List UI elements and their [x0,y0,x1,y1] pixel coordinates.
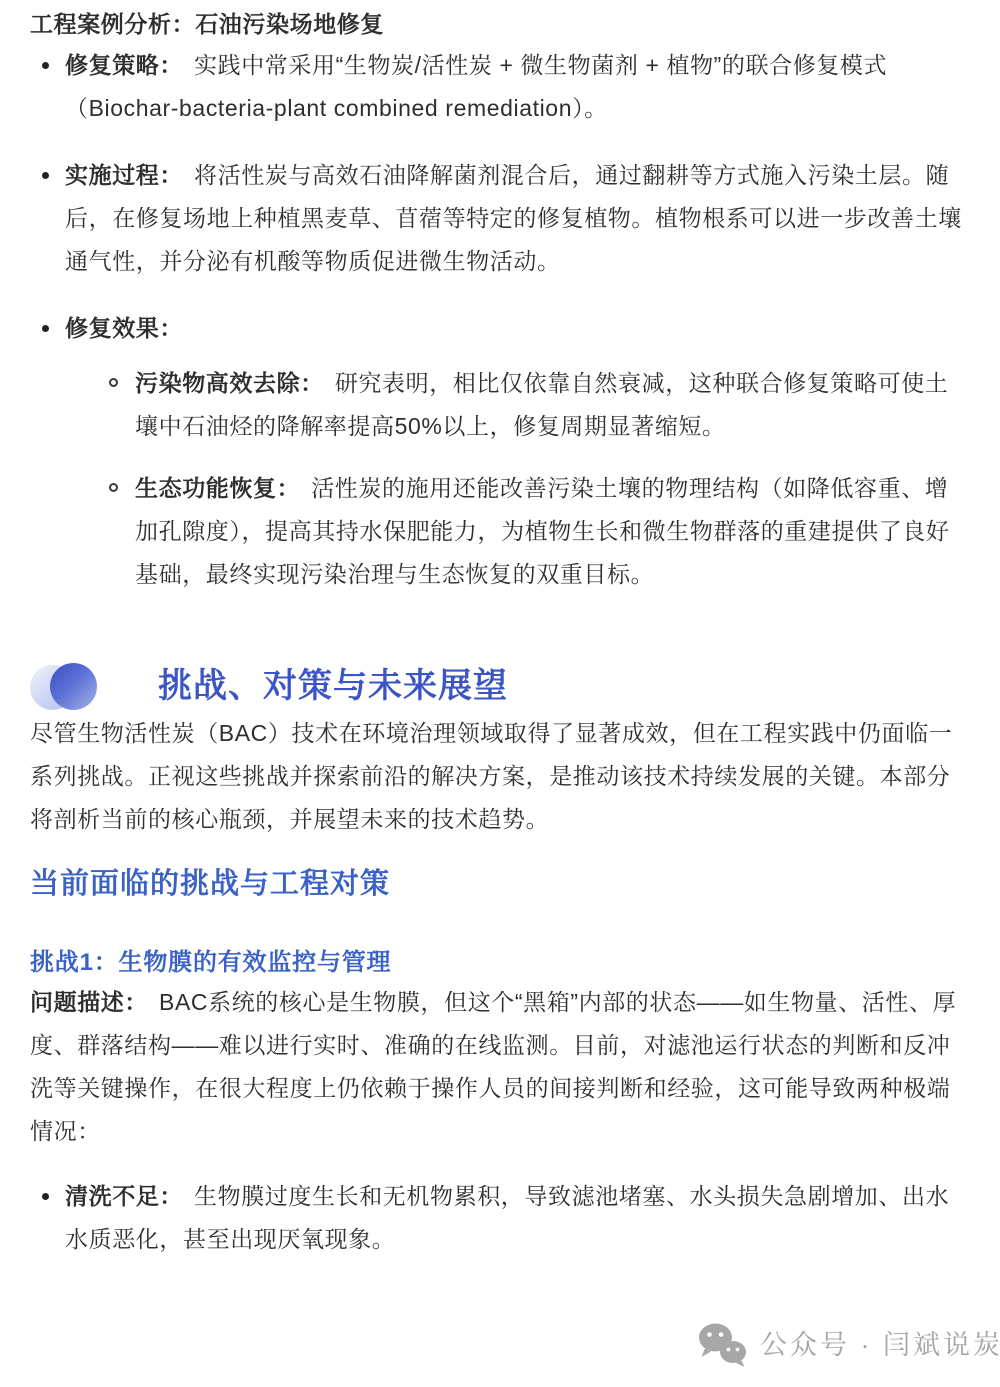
bullet-label: 污染物高效去除： [135,370,324,396]
section-title: 挑战、对策与未来展望 [158,664,508,708]
bullet-label: 修复策略： [65,52,183,78]
effect-sub-list: 污染物高效去除：研究表明，相比仅依靠自然衰减，这种联合修复策略可使土壤中石油烃的… [100,362,965,596]
case-study-title: 工程案例分析：石油污染场地修复 [30,4,965,44]
bullet-dot-icon [42,325,49,332]
article-page: 工程案例分析：石油污染场地修复 修复策略：实践中常采用“生物炭/活性炭 + 微生… [0,0,1000,1387]
bullet-text: 实践中常采用“生物炭/活性炭 + 微生物菌剂 + 植物”的联合修复模式（Bioc… [65,52,887,121]
bullet-label: 修复效果： [65,315,183,341]
watermark-text: 公众号 · 闫斌说炭 [760,1324,1000,1367]
list-item-eco-recovery: 生态功能恢复：活性炭的施用还能改善污染土壤的物理结构（如降低容重、增加孔隙度），… [100,467,965,596]
bullet-dot-icon [42,1193,49,1200]
list-item-implementation: 实施过程：将活性炭与高效石油降解菌剂混合后，通过翻耕等方式施入污染土层。随后，在… [30,154,965,283]
problem-label: 问题描述： [30,989,148,1015]
problem-text: BAC系统的核心是生物膜，但这个“黑箱”内部的状态——如生物量、活性、厚度、群落… [30,989,956,1144]
list-item-effect: 修复效果： 污染物高效去除：研究表明，相比仅依靠自然衰减，这种联合修复策略可使土… [30,307,965,596]
bullet-circle-icon [109,483,118,492]
section-header: 挑战、对策与未来展望 [30,660,965,712]
watermark: 公众号 · 闫斌说炭 [696,1322,1000,1368]
bullet-label: 实施过程： [65,162,183,188]
case-bullet-list: 修复策略：实践中常采用“生物炭/活性炭 + 微生物菌剂 + 植物”的联合修复模式… [30,44,965,596]
challenge-bullet-list: 清洗不足：生物膜过度生长和无机物累积，导致滤池堵塞、水头损失急剧增加、出水水质恶… [30,1175,965,1261]
intro-paragraph: 尽管生物活性炭（BAC）技术在环境治理领域取得了显著成效，但在工程实践中仍面临一… [30,712,965,841]
list-item-pollutant-removal: 污染物高效去除：研究表明，相比仅依靠自然衰减，这种联合修复策略可使土壤中石油烃的… [100,362,965,448]
subsection-heading: 当前面临的挑战与工程对策 [30,863,965,905]
list-item-insufficient-cleaning: 清洗不足：生物膜过度生长和无机物累积，导致滤池堵塞、水头损失急剧增加、出水水质恶… [30,1175,965,1261]
overlapping-circles-icon [30,662,97,710]
bullet-dot-icon [42,62,49,69]
list-item-strategy: 修复策略：实践中常采用“生物炭/活性炭 + 微生物菌剂 + 植物”的联合修复模式… [30,44,965,130]
wechat-icon [696,1322,748,1368]
bullet-text: 生物膜过度生长和无机物累积，导致滤池堵塞、水头损失急剧增加、出水水质恶化，甚至出… [65,1183,949,1252]
challenge-1-heading: 挑战1：生物膜的有效监控与管理 [30,945,965,981]
bullet-circle-icon [109,378,118,387]
bullet-dot-icon [42,172,49,179]
problem-description: 问题描述：BAC系统的核心是生物膜，但这个“黑箱”内部的状态——如生物量、活性、… [30,981,965,1153]
bullet-text: 将活性炭与高效石油降解菌剂混合后，通过翻耕等方式施入污染土层。随后，在修复场地上… [65,162,962,274]
bullet-label: 清洗不足： [65,1183,183,1209]
bullet-label: 生态功能恢复： [135,475,300,501]
